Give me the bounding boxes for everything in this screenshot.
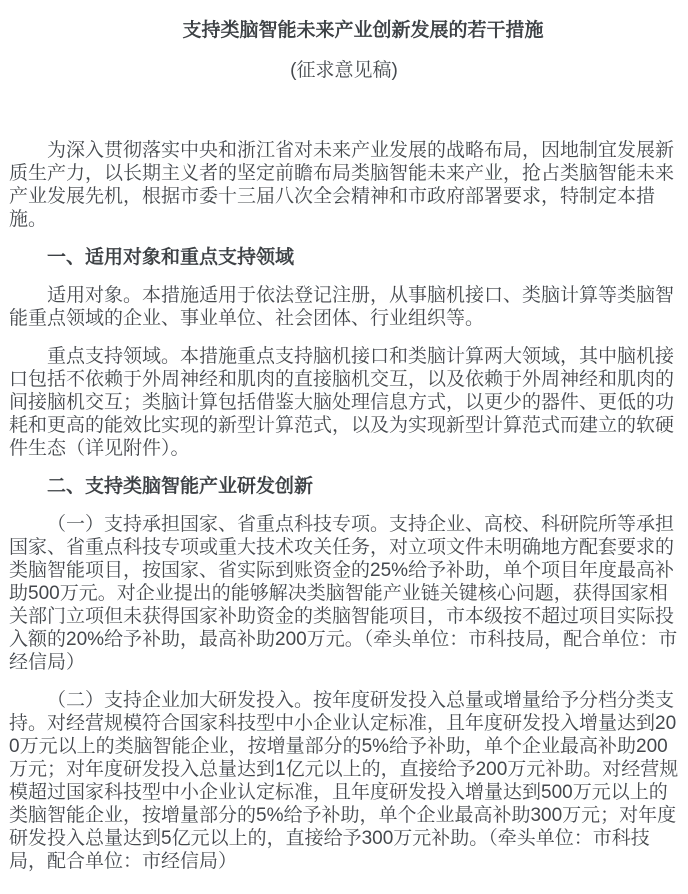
document-page: 支持类脑智能未来产业创新发展的若干措施 (征求意见稿) 为深入贯彻落实中央和浙江… — [0, 0, 688, 894]
document-title: 支持类脑智能未来产业创新发展的若干措施 — [9, 18, 679, 44]
section-2-paragraph-2: （二）支持企业加大研发投入。按年度研发投入总量或增量给予分档分类支持。对经营规模… — [9, 689, 679, 873]
section-1-heading: 一、适用对象和重点支持领域 — [9, 246, 679, 269]
document-subtitle: (征求意见稿) — [9, 58, 679, 84]
section-2-heading: 二、支持类脑智能产业研发创新 — [9, 475, 679, 498]
section-2-paragraph-1: （一）支持承担国家、省重点科技专项。支持企业、高校、科研院所等承担国家、省重点科… — [9, 513, 679, 674]
section-1-paragraph-1: 适用对象。本措施适用于依法登记注册，从事脑机接口、类脑计算等类脑智能重点领域的企… — [9, 284, 679, 330]
section-1-paragraph-2: 重点支持领域。本措施重点支持脑机接口和类脑计算两大领域，其中脑机接口包括不依赖于… — [9, 345, 679, 460]
intro-paragraph: 为深入贯彻落实中央和浙江省对未来产业发展的战略布局，因地制宜发展新质生产力，以长… — [9, 139, 679, 231]
